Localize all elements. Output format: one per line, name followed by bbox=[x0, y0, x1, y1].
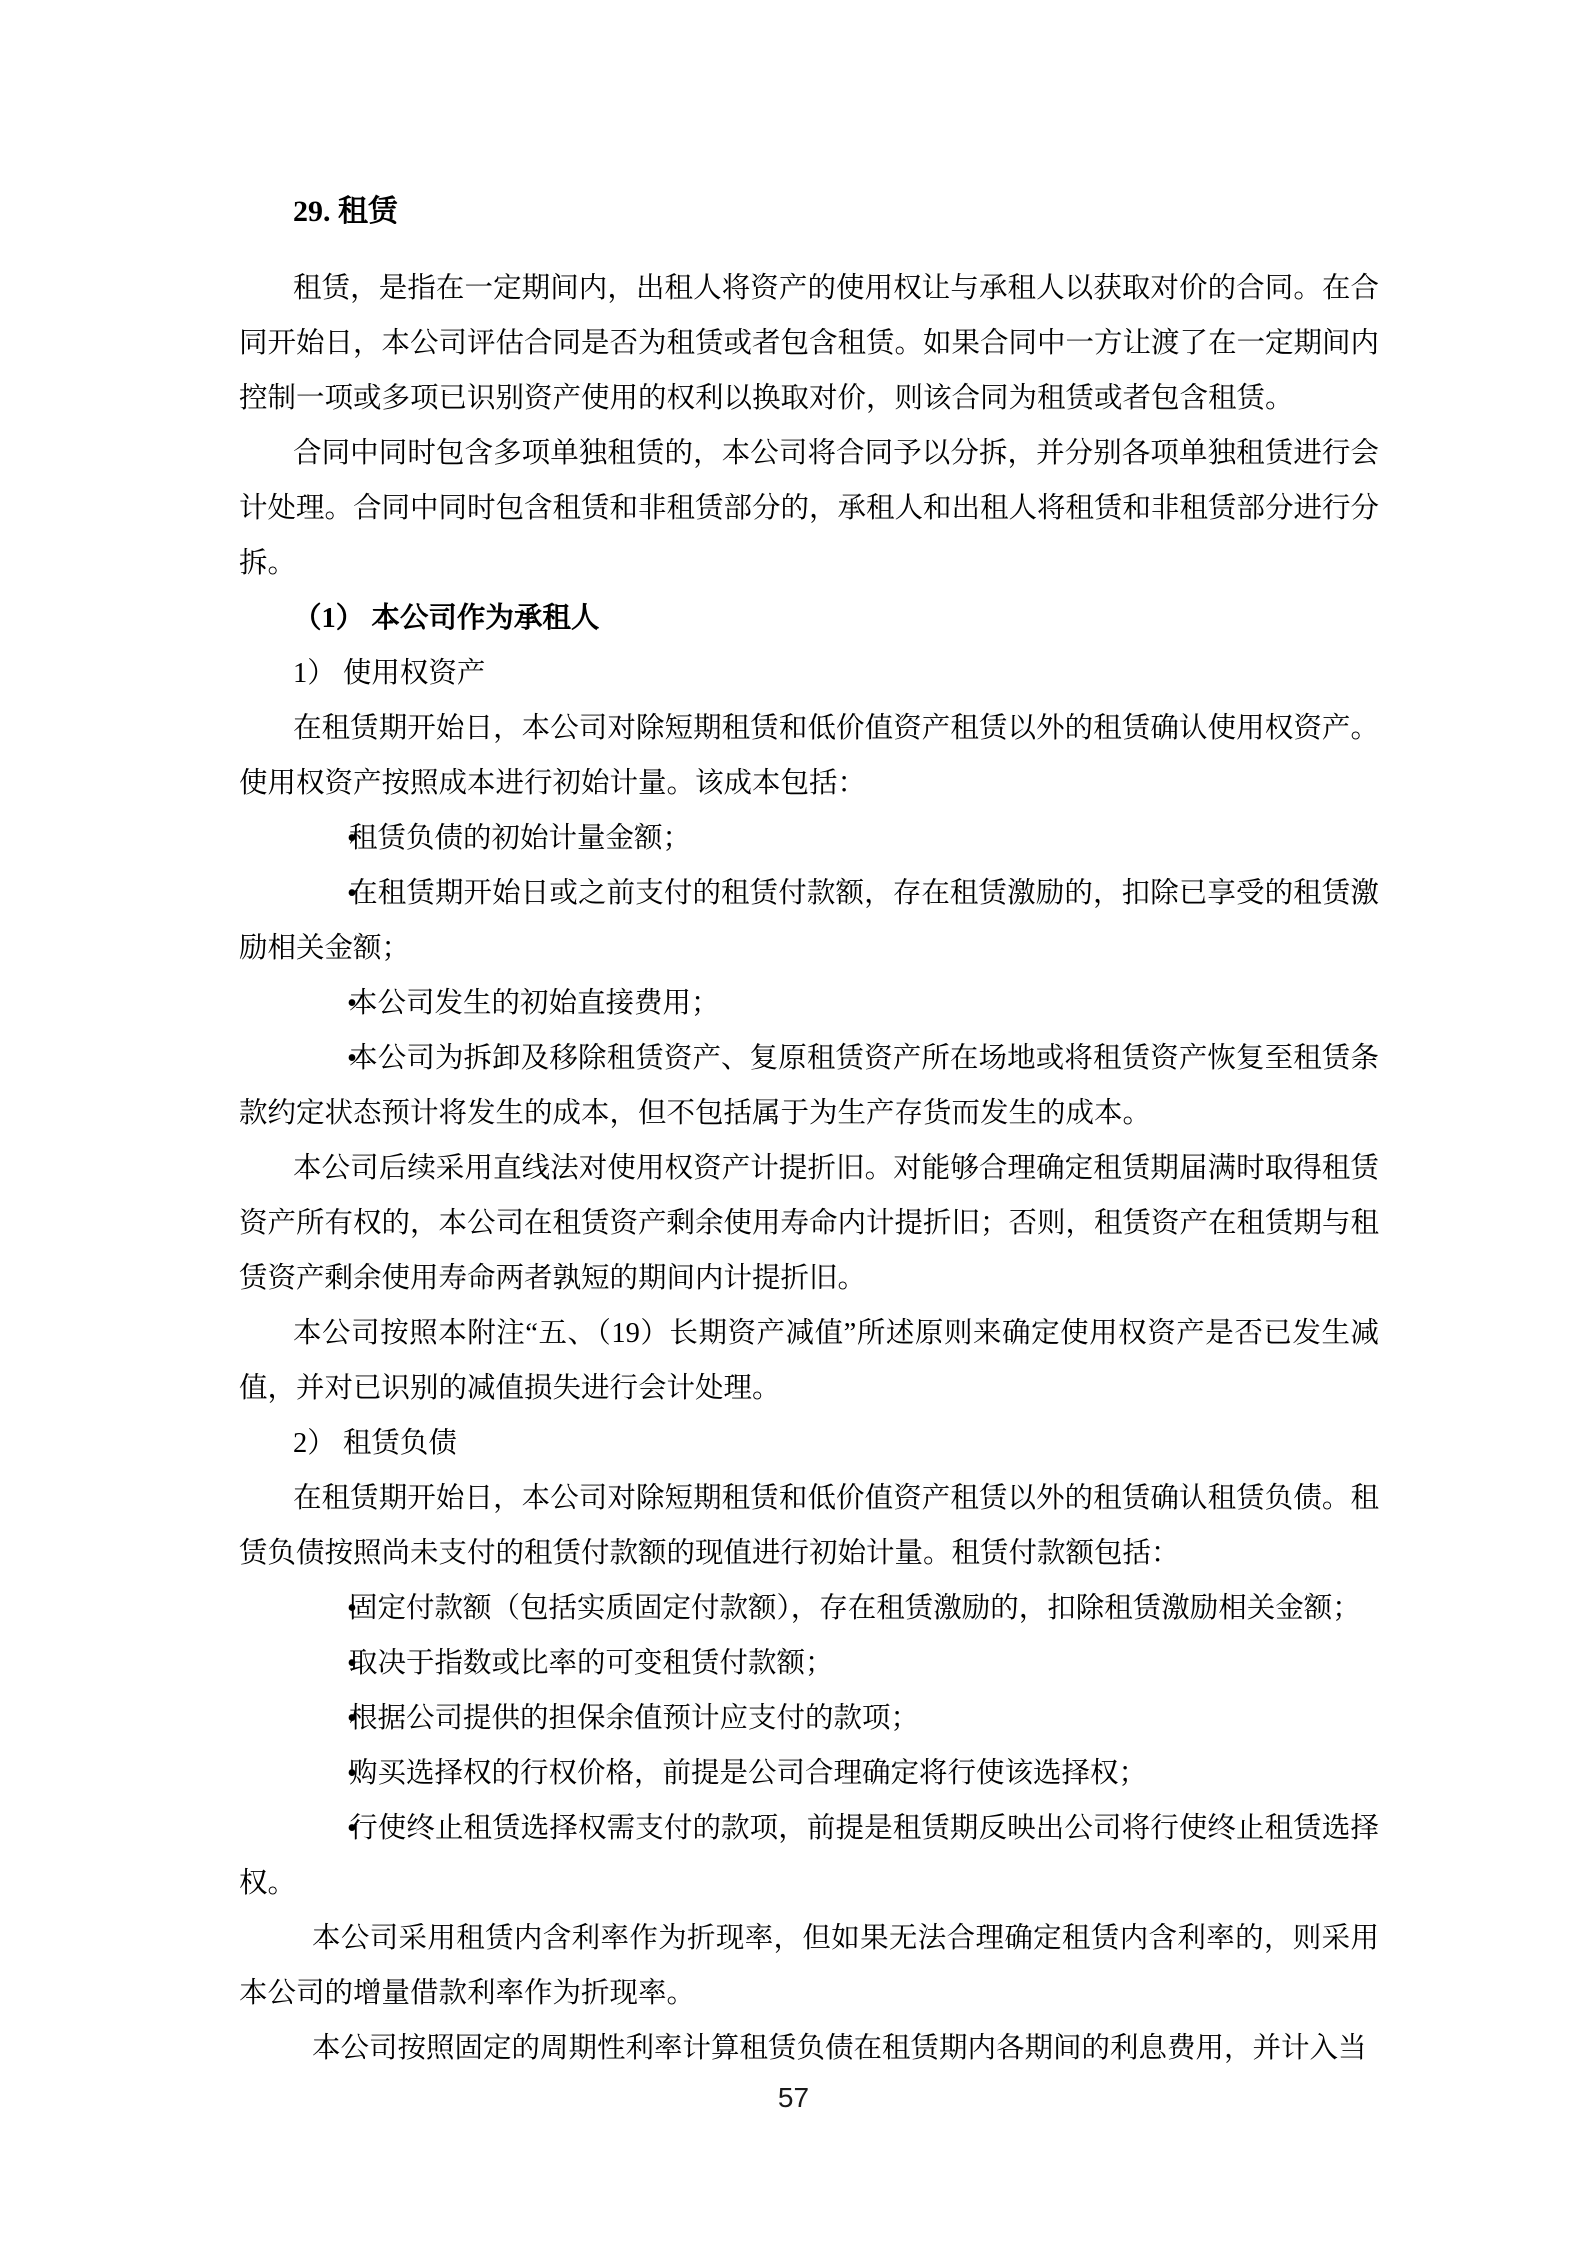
bullet-text: 购买选择权的行权价格，前提是公司合理确定将行使该选择权； bbox=[349, 1758, 1147, 1789]
body-paragraph: 合同中同时包含多项单独租赁的，本公司将合同予以分拆，并分别各项单独租赁进行会计处… bbox=[239, 426, 1379, 591]
sub-section-heading: （1） 本公司作为承租人 bbox=[239, 591, 1379, 646]
bullet-text: 固定付款额（包括实质固定付款额），存在租赁激励的，扣除租赁激励相关金额； bbox=[349, 1593, 1361, 1624]
bullet-icon: • bbox=[293, 1581, 303, 1636]
document-page: 29. 租赁 租赁，是指在一定期间内，出租人将资产的使用权让与承租人以获取对价的… bbox=[0, 0, 1587, 2245]
list-heading: 2） 租赁负债 bbox=[239, 1416, 1379, 1471]
bullet-icon: • bbox=[293, 1691, 303, 1746]
bullet-icon: • bbox=[293, 1801, 303, 1856]
bullet-icon: • bbox=[293, 1636, 303, 1691]
page-footer: 57 bbox=[0, 2083, 1587, 2113]
bullet-item: •租赁负债的初始计量金额； bbox=[239, 811, 1379, 866]
bullet-text: 本公司发生的初始直接费用； bbox=[349, 988, 720, 1019]
section-content: 租赁，是指在一定期间内，出租人将资产的使用权让与承租人以获取对价的合同。在合同开… bbox=[239, 261, 1379, 2076]
bullet-item: •行使终止租赁选择权需支付的款项，前提是租赁期反映出公司将行使终止租赁选择权。 bbox=[239, 1801, 1379, 1911]
page-number: 57 bbox=[778, 2082, 809, 2113]
bullet-text: 在租赁期开始日或之前支付的租赁付款额，存在租赁激励的，扣除已享受的租赁激励相关金… bbox=[239, 878, 1379, 964]
bullet-text: 取决于指数或比率的可变租赁付款额； bbox=[349, 1648, 834, 1679]
bullet-icon: • bbox=[293, 866, 303, 921]
bullet-item: •固定付款额（包括实质固定付款额），存在租赁激励的，扣除租赁激励相关金额； bbox=[239, 1581, 1379, 1636]
bullet-item: •取决于指数或比率的可变租赁付款额； bbox=[239, 1636, 1379, 1691]
bullet-text: 行使终止租赁选择权需支付的款项，前提是租赁期反映出公司将行使终止租赁选择权。 bbox=[239, 1813, 1379, 1899]
body-paragraph: 本公司按照固定的周期性利率计算租赁负债在租赁期内各期间的利息费用，并计入当 bbox=[239, 2021, 1379, 2076]
body-paragraph: 租赁，是指在一定期间内，出租人将资产的使用权让与承租人以获取对价的合同。在合同开… bbox=[239, 261, 1379, 426]
bullet-icon: • bbox=[293, 811, 303, 866]
bullet-icon: • bbox=[293, 976, 303, 1031]
bullet-item: •本公司为拆卸及移除租赁资产、复原租赁资产所在场地或将租赁资产恢复至租赁条款约定… bbox=[239, 1031, 1379, 1141]
document-body: 29. 租赁 租赁，是指在一定期间内，出租人将资产的使用权让与承租人以获取对价的… bbox=[239, 184, 1379, 2076]
bullet-item: •本公司发生的初始直接费用； bbox=[239, 976, 1379, 1031]
body-paragraph: 本公司按照本附注“五、（19）长期资产减值”所述原则来确定使用权资产是否已发生减… bbox=[239, 1306, 1379, 1416]
section-title: 29. 租赁 bbox=[239, 184, 1379, 239]
body-paragraph: 在租赁期开始日，本公司对除短期租赁和低价值资产租赁以外的租赁确认租赁负债。租赁负… bbox=[239, 1471, 1379, 1581]
list-heading: 1） 使用权资产 bbox=[239, 646, 1379, 701]
bullet-text: 本公司为拆卸及移除租赁资产、复原租赁资产所在场地或将租赁资产恢复至租赁条款约定状… bbox=[239, 1043, 1379, 1129]
body-paragraph: 本公司采用租赁内含利率作为折现率，但如果无法合理确定租赁内含利率的，则采用本公司… bbox=[239, 1911, 1379, 2021]
bullet-text: 根据公司提供的担保余值预计应支付的款项； bbox=[349, 1703, 919, 1734]
bullet-item: •购买选择权的行权价格，前提是公司合理确定将行使该选择权； bbox=[239, 1746, 1379, 1801]
body-paragraph: 本公司后续采用直线法对使用权资产计提折旧。对能够合理确定租赁期届满时取得租赁资产… bbox=[239, 1141, 1379, 1306]
bullet-item: •根据公司提供的担保余值预计应支付的款项； bbox=[239, 1691, 1379, 1746]
bullet-icon: • bbox=[293, 1746, 303, 1801]
bullet-item: •在租赁期开始日或之前支付的租赁付款额，存在租赁激励的，扣除已享受的租赁激励相关… bbox=[239, 866, 1379, 976]
body-paragraph: 在租赁期开始日，本公司对除短期租赁和低价值资产租赁以外的租赁确认使用权资产。使用… bbox=[239, 701, 1379, 811]
bullet-icon: • bbox=[293, 1031, 303, 1086]
bullet-text: 租赁负债的初始计量金额； bbox=[349, 823, 691, 854]
